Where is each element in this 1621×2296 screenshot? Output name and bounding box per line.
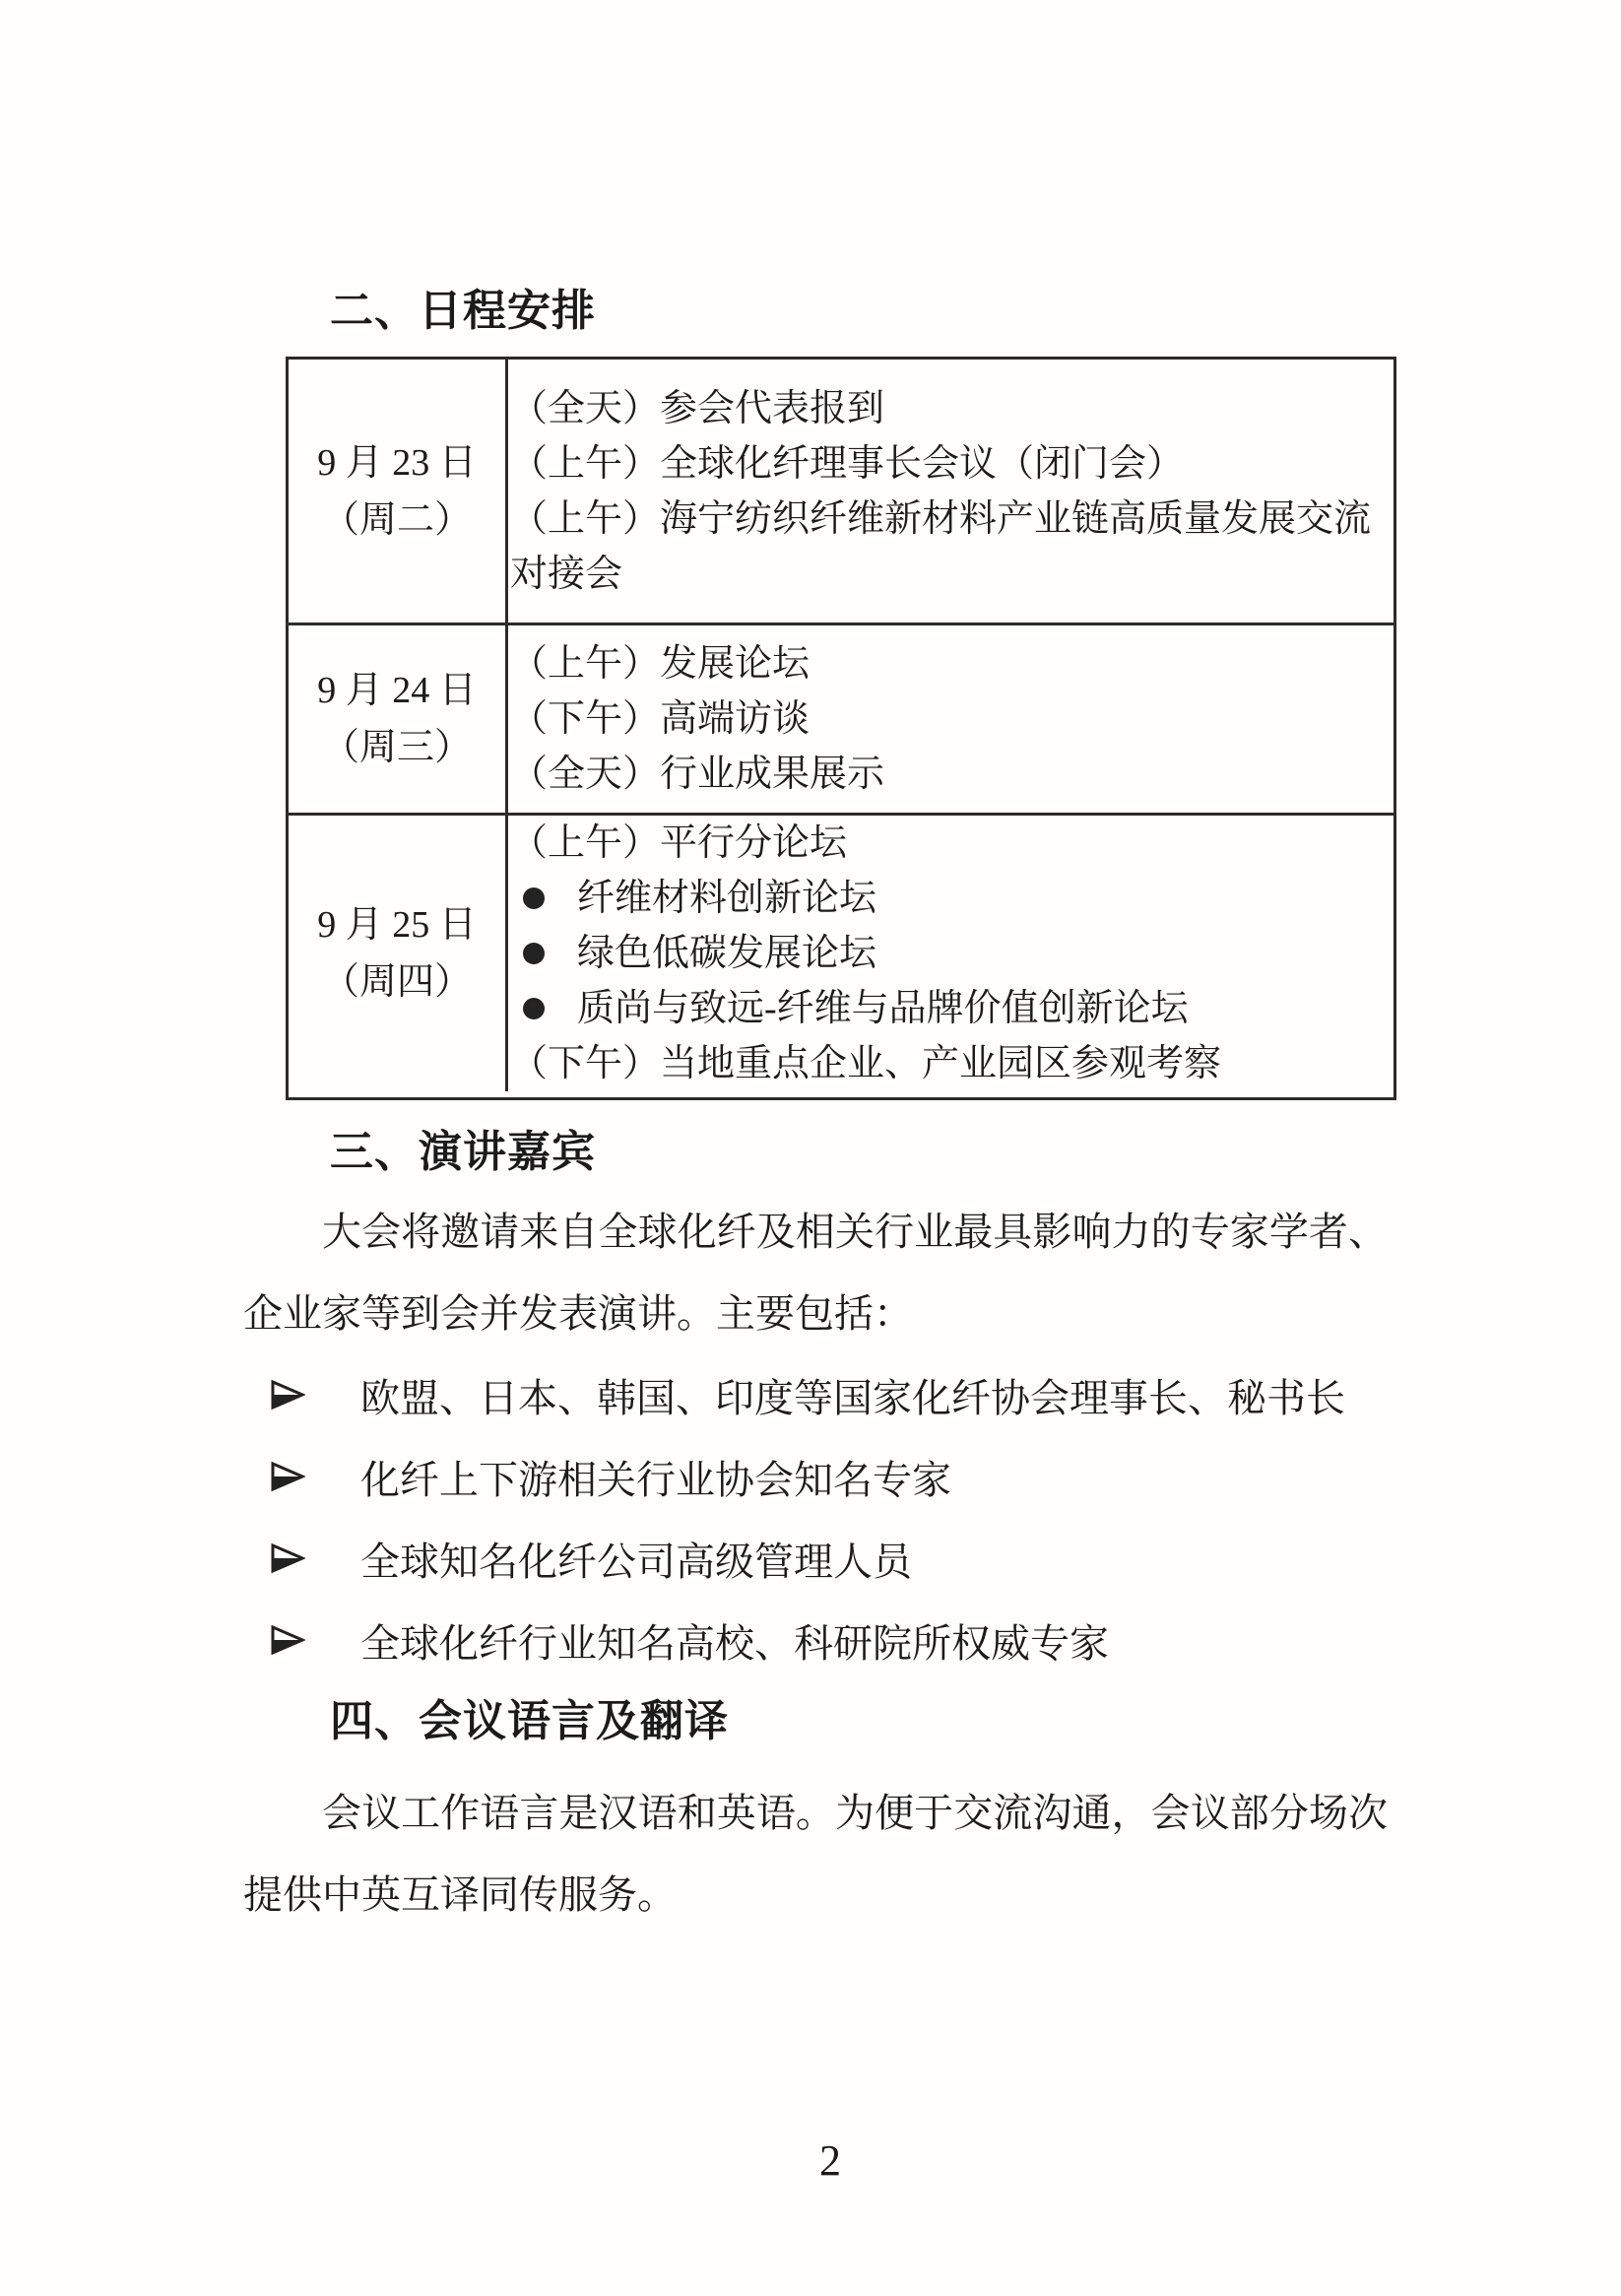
- speaker-bullet-list: 欧盟、日本、韩国、印度等国家化纤协会理事长、秘书长 化纤上下游相关行业协会知名专…: [270, 1370, 1393, 1697]
- section-heading-speakers: 三、演讲嘉宾: [330, 1127, 596, 1178]
- speaker-bullet-item: 化纤上下游相关行业协会知名专家: [270, 1452, 1393, 1501]
- section-heading-language: 四、会议语言及翻译: [330, 1696, 729, 1747]
- event-line: （上午）发展论坛: [510, 636, 1392, 691]
- event-line: （下午）当地重点企业、产业园区参观考察: [510, 1036, 1392, 1091]
- speaker-bullet-item: 全球化纤行业知名高校、科研院所权威专家: [270, 1615, 1393, 1665]
- event-line: （上午）海宁纺织纤维新材料产业链高质量发展交流对接会: [510, 492, 1392, 602]
- date-cell: 9 月 24 日 （周三）: [289, 625, 508, 813]
- arrow-bullet-icon: [270, 1379, 305, 1410]
- event-line: （上午）全球化纤理事长会议（闭门会）: [510, 436, 1392, 492]
- event-bullet-line: 质尚与致远-纤维与品牌价值创新论坛: [510, 981, 1392, 1036]
- date-cell: 9 月 23 日 （周二）: [289, 360, 508, 623]
- speaker-bullet-text: 全球知名化纤公司高级管理人员: [360, 1531, 912, 1587]
- speaker-bullet-text: 化纤上下游相关行业协会知名专家: [360, 1449, 951, 1505]
- weekday-text: （周二）: [322, 492, 472, 549]
- date-text: 9 月 25 日: [317, 896, 477, 953]
- speaker-bullet-text: 全球化纤行业知名高校、科研院所权威专家: [360, 1612, 1109, 1669]
- dot-bullet-icon: [523, 887, 545, 909]
- bullet-text: 绿色低碳发展论坛: [577, 926, 876, 981]
- date-text: 9 月 23 日: [317, 434, 477, 492]
- event-bullet-line: 纤维材料创新论坛: [510, 871, 1392, 926]
- table-row: 9 月 23 日 （周二） （全天）参会代表报到 （上午）全球化纤理事长会议（闭…: [289, 360, 1394, 623]
- event-line: （全天）行业成果展示: [510, 747, 1392, 802]
- weekday-text: （周三）: [322, 719, 472, 776]
- bullet-text: 质尚与致远-纤维与品牌价值创新论坛: [577, 981, 1189, 1036]
- event-line: （上午）平行分论坛: [510, 816, 1392, 871]
- document-page: 二、日程安排 9 月 23 日 （周二） （全天）参会代表报到 （上午）全球化纤…: [0, 0, 1621, 2296]
- speaker-bullet-text: 欧盟、日本、韩国、印度等国家化纤协会理事长、秘书长: [360, 1367, 1345, 1423]
- speaker-bullet-item: 全球知名化纤公司高级管理人员: [270, 1534, 1393, 1583]
- event-line: （全天）参会代表报到: [510, 381, 1392, 436]
- events-cell: （上午）平行分论坛 纤维材料创新论坛 绿色低碳发展论坛 质尚与致远-纤维与品牌价…: [508, 816, 1394, 1091]
- dot-bullet-icon: [523, 943, 545, 964]
- event-bullet-line: 绿色低碳发展论坛: [510, 926, 1392, 981]
- events-cell: （上午）发展论坛 （下午）高端访谈 （全天）行业成果展示: [508, 625, 1394, 813]
- speakers-intro-paragraph: 大会将邀请来自全球化纤及相关行业最具影响力的专家学者、企业家等到会并发表演讲。主…: [243, 1191, 1388, 1354]
- page-number: 2: [20, 2135, 1621, 2186]
- bullet-text: 纤维材料创新论坛: [577, 871, 876, 926]
- event-line: （下午）高端访谈: [510, 691, 1392, 747]
- table-row: 9 月 24 日 （周三） （上午）发展论坛 （下午）高端访谈 （全天）行业成果…: [289, 623, 1394, 813]
- section-heading-schedule: 二、日程安排: [330, 286, 596, 337]
- table-row: 9 月 25 日 （周四） （上午）平行分论坛 纤维材料创新论坛 绿色低碳发展论…: [289, 813, 1394, 1091]
- weekday-text: （周四）: [322, 953, 472, 1011]
- date-cell: 9 月 25 日 （周四）: [289, 816, 508, 1091]
- events-cell: （全天）参会代表报到 （上午）全球化纤理事长会议（闭门会） （上午）海宁纺织纤维…: [508, 360, 1394, 623]
- language-paragraph: 会议工作语言是汉语和英语。为便于交流沟通，会议部分场次提供中英互译同传服务。: [243, 1772, 1388, 1935]
- dot-bullet-icon: [523, 998, 545, 1019]
- arrow-bullet-icon: [270, 1461, 305, 1492]
- arrow-bullet-icon: [270, 1542, 305, 1574]
- schedule-table: 9 月 23 日 （周二） （全天）参会代表报到 （上午）全球化纤理事长会议（闭…: [286, 357, 1396, 1100]
- date-text: 9 月 24 日: [317, 662, 477, 719]
- arrow-bullet-icon: [270, 1624, 305, 1656]
- speaker-bullet-item: 欧盟、日本、韩国、印度等国家化纤协会理事长、秘书长: [270, 1370, 1393, 1419]
